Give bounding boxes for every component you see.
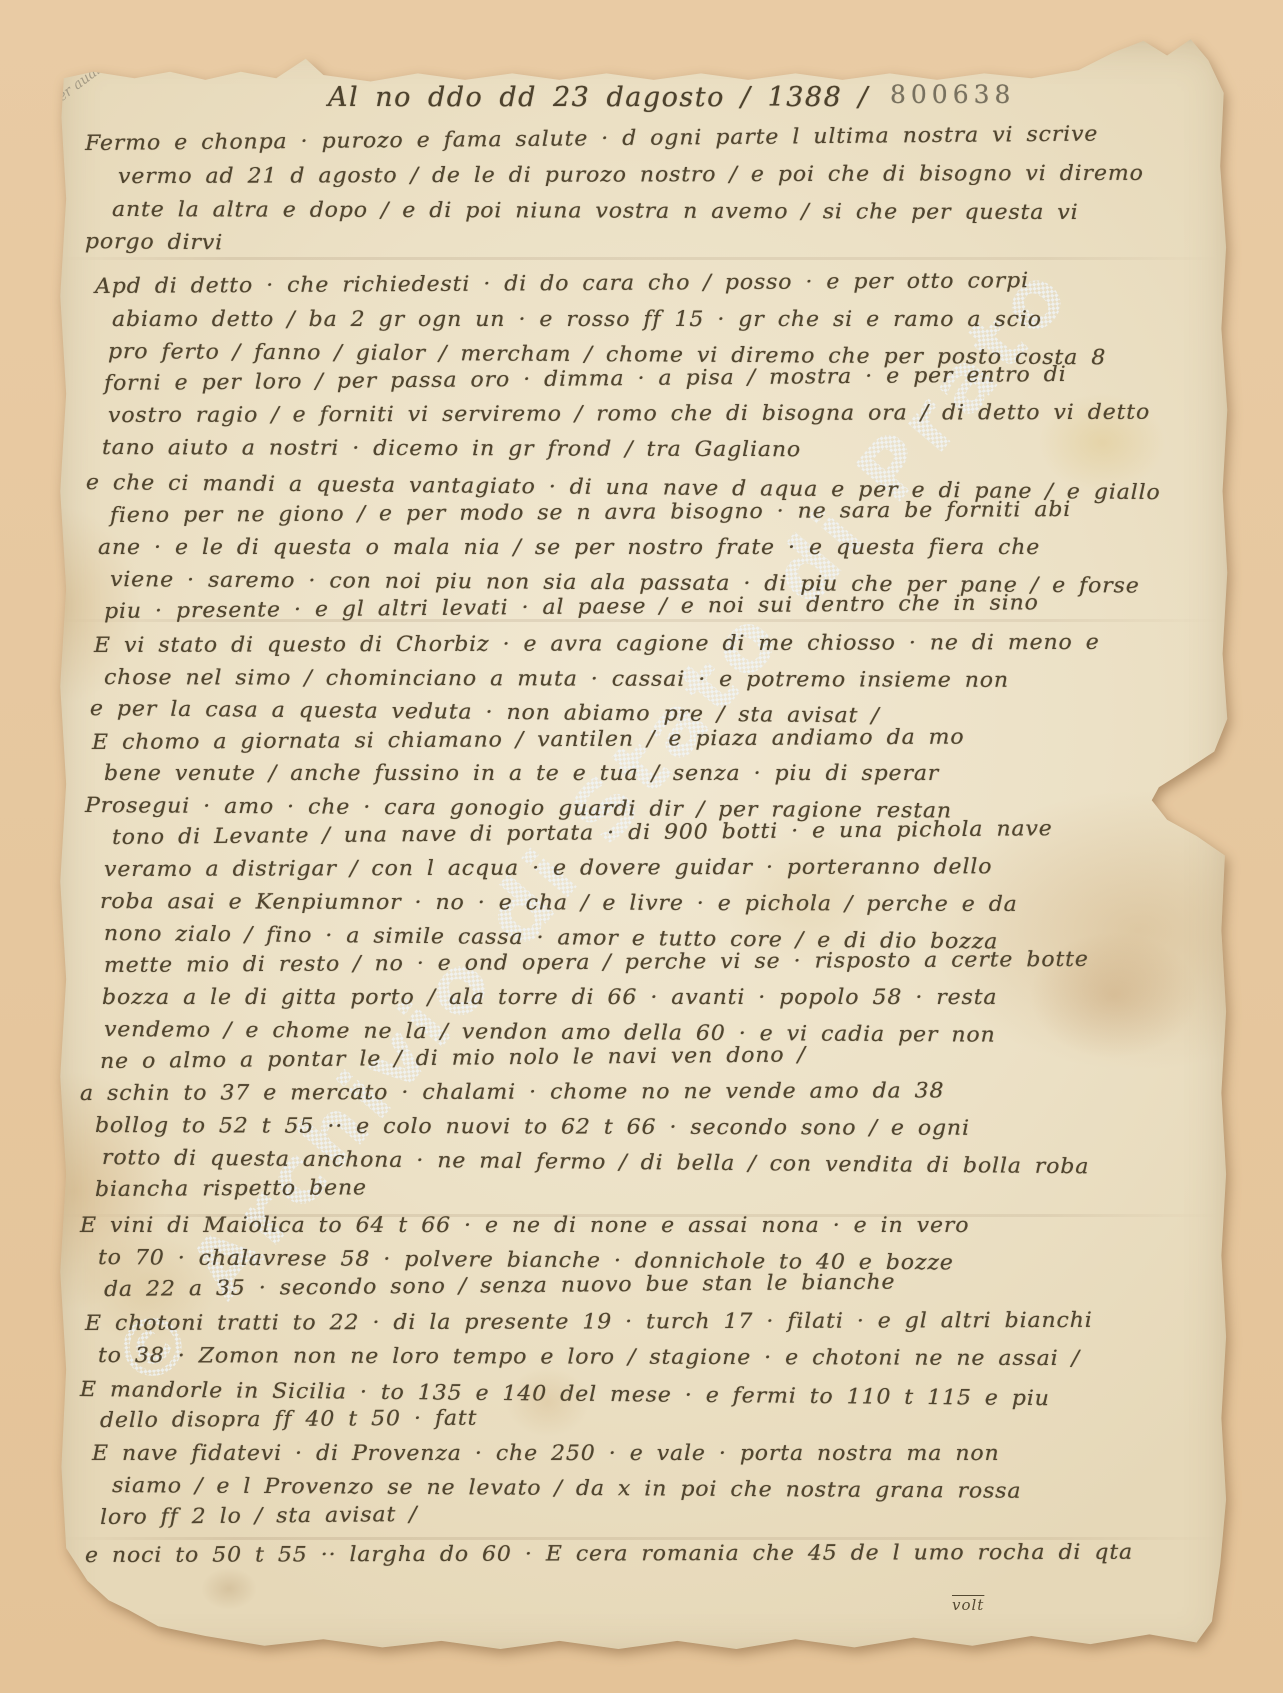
manuscript-line: e noci to 50 t 55 ·· largha do 60 · E ce…	[85, 1540, 1133, 1567]
manuscript-line: mette mio di resto / no · e ond opera / …	[104, 947, 1089, 977]
manuscript-line: E vi stato di questo di Chorbiz · e avra…	[94, 630, 1100, 657]
manuscript-line: dello disopra ff 40 t 50 · fatt	[100, 1406, 477, 1432]
manuscript-line: E mandorle in Sicilia · to 135 e 140 del…	[80, 1377, 1050, 1410]
fold-crease	[60, 257, 1220, 260]
manuscript-line: E vini di Maiolica to 64 t 66 · e ne di …	[80, 1213, 969, 1237]
manuscript-line: ane · e le di questa o mala nia / se per…	[98, 535, 1040, 559]
manuscript-line: ante la altra e dopo / e di poi niuna vo…	[112, 197, 1079, 224]
manuscript-line: a schin to 37 e mercato · chalami · chom…	[80, 1078, 944, 1105]
footnote-word: volt	[952, 1596, 984, 1614]
manuscript-line: vermo ad 21 d agosto / de le di purozo n…	[118, 161, 1144, 188]
manuscript-line: E nave fidatevi · di Provenza · che 250 …	[92, 1441, 1000, 1465]
manuscript-line: vendemo / e chome ne la / vendon amo del…	[104, 1017, 996, 1047]
manuscript-page: © Archivio di Stato di Prato per aualdo …	[52, 36, 1232, 1662]
manuscript-line: bene venute / anche fussino in a te e tu…	[104, 761, 939, 785]
manuscript-line: bollog to 52 t 55 ·· e colo nuovi to 62 …	[95, 1113, 970, 1140]
dateline: Al no ddo dd 23 dagosto / 1388 /	[328, 82, 869, 113]
manuscript-line: E chotoni tratti to 22 · di la presente …	[85, 1308, 1093, 1335]
manuscript-line: to 38 · Zomon non ne loro tempo e loro /…	[98, 1343, 1080, 1370]
manuscript-line: ne o almo a pontar le / di mio nolo le n…	[100, 1042, 806, 1073]
manuscript-line: Apd di detto · che richiedesti · di do c…	[95, 268, 1029, 298]
manuscript-line: chose nel simo / chominciano a muta · ca…	[104, 665, 1009, 692]
archive-number: 800638	[890, 80, 1015, 109]
manuscript-line: siamo / e l Provenzo se ne levato / da x…	[112, 1473, 1022, 1503]
corner-annotation: per aualdo	[47, 52, 117, 110]
page-background: © Archivio di Stato di Prato per aualdo …	[0, 0, 1283, 1693]
manuscript-line: vostro ragio / e forniti vi serviremo / …	[108, 400, 1150, 427]
ink-layer: © Archivio di Stato di Prato per aualdo …	[0, 0, 1283, 1693]
manuscript-line: porgo dirvi	[85, 229, 223, 254]
manuscript-line: rotto di questa anchona · ne mal fermo /…	[102, 1145, 1090, 1178]
manuscript-line: forni e per loro / per passa oro · dimma…	[104, 362, 1067, 395]
manuscript-line: da 22 a 35 · secondo sono / senza nuovo …	[104, 1270, 896, 1301]
manuscript-line: Fermo e chonpa · purozo e fama salute · …	[85, 121, 1098, 155]
paper-sheet: © Archivio di Stato di Prato per aualdo …	[52, 36, 1232, 1662]
manuscript-line: fieno per ne giono / e per modo se n avr…	[110, 497, 1071, 527]
manuscript-line: E chomo a giornata si chiamano / vantile…	[92, 725, 965, 754]
manuscript-line: e per la casa a questa veduta · non abia…	[90, 696, 880, 727]
manuscript-line: roba asai e Kenpiumnor · no · e cha / e …	[100, 889, 1018, 916]
manuscript-line: abiamo detto / ba 2 gr ogn un · e rosso …	[112, 307, 1042, 331]
manuscript-line: biancha rispetto bene	[95, 1175, 367, 1201]
manuscript-line: tano aiuto a nostri · dicemo in gr frond…	[102, 435, 801, 461]
manuscript-line: veramo a distrigar / con l acqua · e dov…	[104, 854, 992, 881]
manuscript-line: tono di Levante / una nave di portata · …	[112, 816, 1053, 849]
manuscript-line: loro ff 2 lo / sta avisat /	[100, 1502, 418, 1529]
manuscript-line: bozza a le di gitta porto / ala torre di…	[102, 985, 997, 1009]
